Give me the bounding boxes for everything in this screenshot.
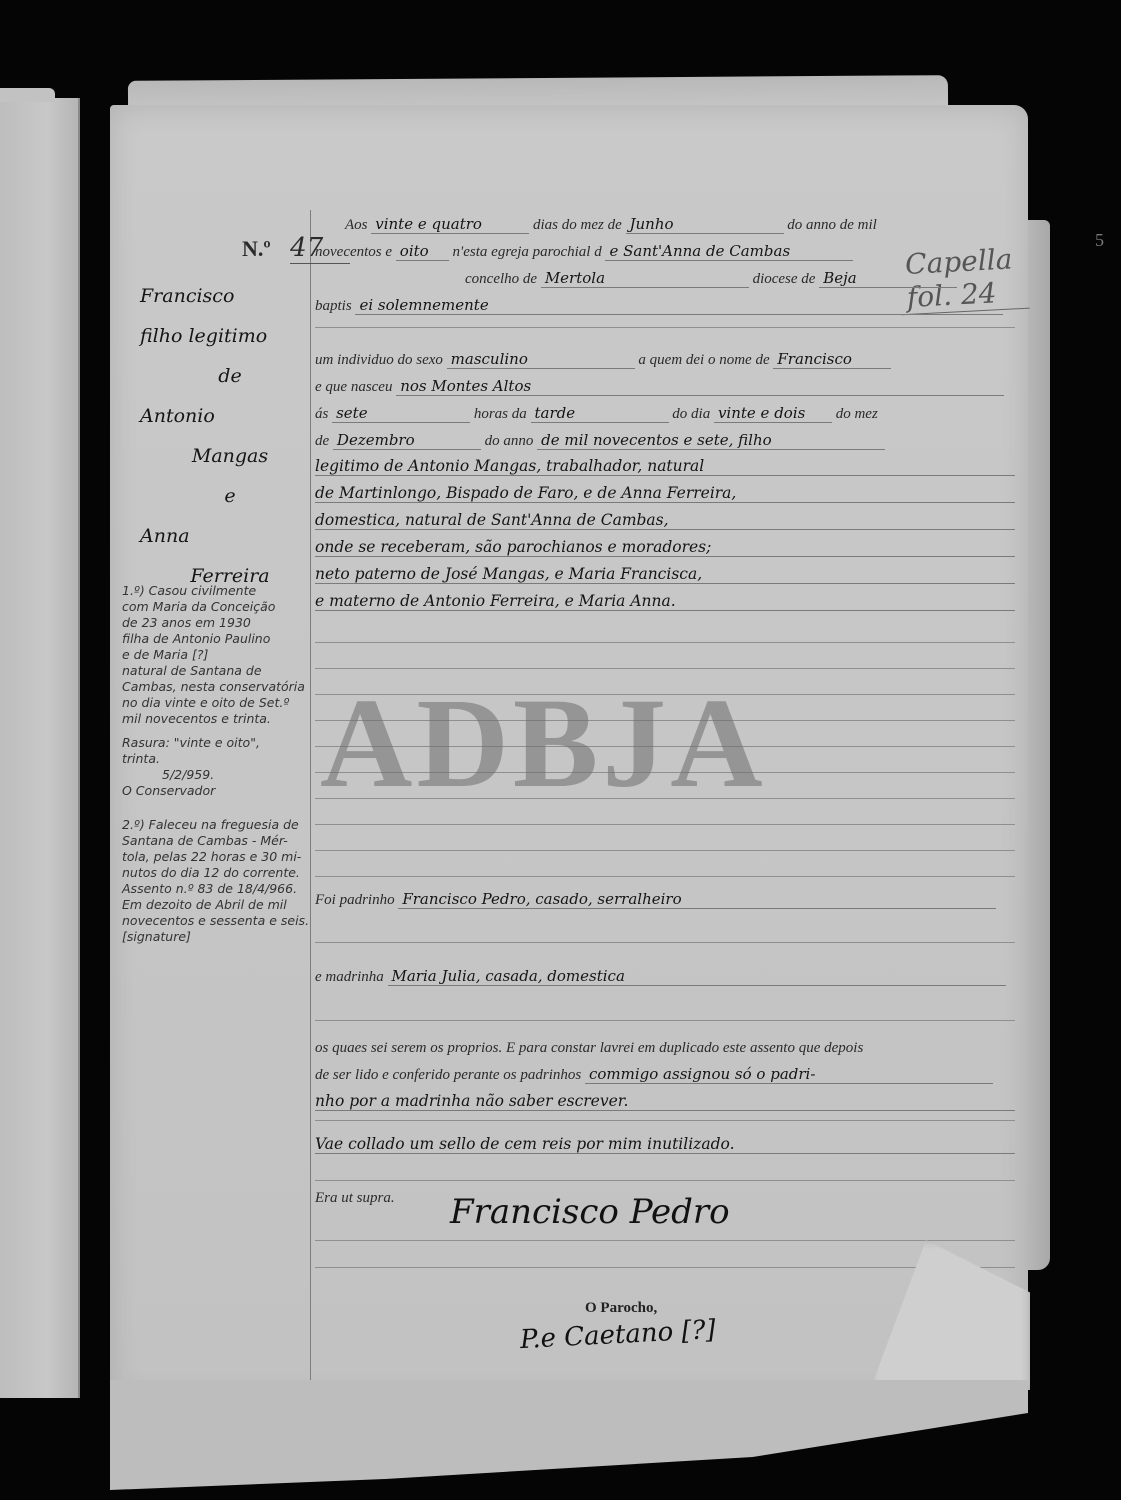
note-line: no dia vinte e oito de Set.º [122, 695, 312, 711]
closing-hand-2: nho por a madrinha não saber escrever. [315, 1092, 1015, 1111]
child-name: Francisco [773, 350, 891, 369]
stamp-note: Vae collado um sello de cem reis por mim… [315, 1135, 1015, 1154]
note-line: e de Maria [?] [122, 647, 312, 663]
margin-note-marriage: 1.º) Casou civilmente com Maria da Conce… [122, 583, 312, 799]
birth-hour: sete [332, 404, 470, 423]
closing-line-2: de ser lido e conferido perante os padri… [315, 1065, 993, 1084]
parentage-line: onde se receberam, são parochianos e mor… [315, 538, 1015, 557]
diocese: Beja [819, 269, 957, 288]
note-line: O Conservador [122, 783, 312, 799]
note-line: Em dezoito de Abril de mil [122, 897, 312, 913]
form-line-6: e que nasceu nos Montes Altos [315, 377, 1004, 396]
note-line: tola, pelas 22 horas e 30 mi- [122, 849, 312, 865]
note-line: com Maria da Conceição [122, 599, 312, 615]
note-line: 2.º) Faleceu na freguesia de [122, 817, 312, 833]
margin-name-line: Anna [140, 525, 320, 547]
margin-name-line: Francisco [140, 285, 320, 307]
note-line: 1.º) Casou civilmente [122, 583, 312, 599]
birth-year: de mil novecentos e sete, filho [537, 431, 885, 450]
baptism-mode: ei solemnemente [355, 296, 1003, 315]
parish: e Sant'Anna de Cambas [605, 242, 853, 261]
sex: masculino [447, 350, 635, 369]
register-page: Capella fol. 24 5 N.º 47 Francisco filho… [110, 105, 1028, 1400]
left-page-edge [0, 98, 80, 1398]
form-line-1: Aos vinte e quatro dias do mez de Junho … [345, 215, 877, 234]
margin-note-death: 2.º) Faleceu na freguesia de Santana de … [122, 817, 312, 945]
parocho-label: O Parocho, [585, 1300, 657, 1317]
note-line: de 23 anos em 1930 [122, 615, 312, 631]
margin-name-line: Mangas [140, 445, 320, 467]
godfather-value: Francisco Pedro, casado, serralheiro [398, 890, 996, 909]
parentage-line: neto paterno de José Mangas, e Maria Fra… [315, 565, 1015, 584]
form-line-8: de Dezembro do anno de mil novecentos e … [315, 431, 885, 450]
godfather-label: Foi padrinho [315, 892, 395, 908]
form-line-5: um individuo do sexo masculino a quem de… [315, 350, 891, 369]
birth-month: Dezembro [333, 431, 481, 450]
baptism-day: vinte e quatro [371, 215, 529, 234]
parentage-line: domestica, natural de Sant'Anna de Camba… [315, 511, 1015, 530]
note-line: 5/2/959. [122, 767, 312, 783]
note-line: nutos do dia 12 do corrente. [122, 865, 312, 881]
form-line-4: baptis ei solemnemente [315, 296, 1003, 315]
note-line: Rasura: "vinte e oito", [122, 735, 312, 751]
parentage-line: de Martinlongo, Bispado de Faro, e de An… [315, 484, 1015, 503]
note-line: trinta. [122, 751, 312, 767]
council: Mertola [541, 269, 749, 288]
godfather-signature: Francisco Pedro [450, 1192, 730, 1232]
parentage-line: e materno de Antonio Ferreira, e Maria A… [315, 592, 1015, 611]
parentage-line: legitimo de Antonio Mangas, trabalhador,… [315, 457, 1015, 476]
form-line-3: concelho de Mertola diocese de Beja [465, 269, 957, 288]
parocho-signature: P.e Caetano [?] [519, 1315, 716, 1355]
archive-watermark: ADBJA [320, 670, 767, 817]
entry-number-label: N.º [242, 236, 271, 261]
era-ut-supra: Era ut supra. [315, 1190, 395, 1207]
corner-mark: 5 [1095, 230, 1104, 251]
birthplace: nos Montes Altos [396, 377, 1004, 396]
note-line: natural de Santana de [122, 663, 312, 679]
form-line-7: ás sete horas da tarde do dia vinte e do… [315, 404, 878, 423]
godfather-line: Foi padrinho Francisco Pedro, casado, se… [315, 890, 996, 909]
closing-text-1: os quaes sei serem os proprios. E para c… [315, 1040, 863, 1057]
margin-name-line: de [140, 365, 320, 387]
margin-name-line: e [140, 485, 320, 507]
birth-day: vinte e dois [714, 404, 832, 423]
closing-hand-1: commigo assignou só o padri- [585, 1065, 993, 1084]
note-line: Santana de Cambas - Mér- [122, 833, 312, 849]
margin-name-line: Antonio [140, 405, 320, 427]
note-line: Cambas, nesta conservatória [122, 679, 312, 695]
godmother-value: Maria Julia, casada, domestica [388, 967, 1006, 986]
note-line: Assento n.º 83 de 18/4/966. [122, 881, 312, 897]
margin-name-line: filho legitimo [140, 325, 320, 347]
baptism-month: Junho [626, 215, 784, 234]
birth-period: tarde [531, 404, 669, 423]
note-line: mil novecentos e trinta. [122, 711, 312, 727]
baptism-year: oito [396, 242, 449, 261]
note-line: filha de Antonio Paulino [122, 631, 312, 647]
note-line: [signature] [122, 929, 312, 945]
margin-names: Francisco filho legitimo de Antonio Mang… [140, 285, 320, 605]
note-line: novecentos e sessenta e seis. [122, 913, 312, 929]
godmother-label: e madrinha [315, 969, 384, 985]
form-line-2: novecentos e oito n'esta egreja parochia… [315, 242, 853, 261]
godmother-line: e madrinha Maria Julia, casada, domestic… [315, 967, 1006, 986]
folded-corner [870, 1240, 1030, 1390]
